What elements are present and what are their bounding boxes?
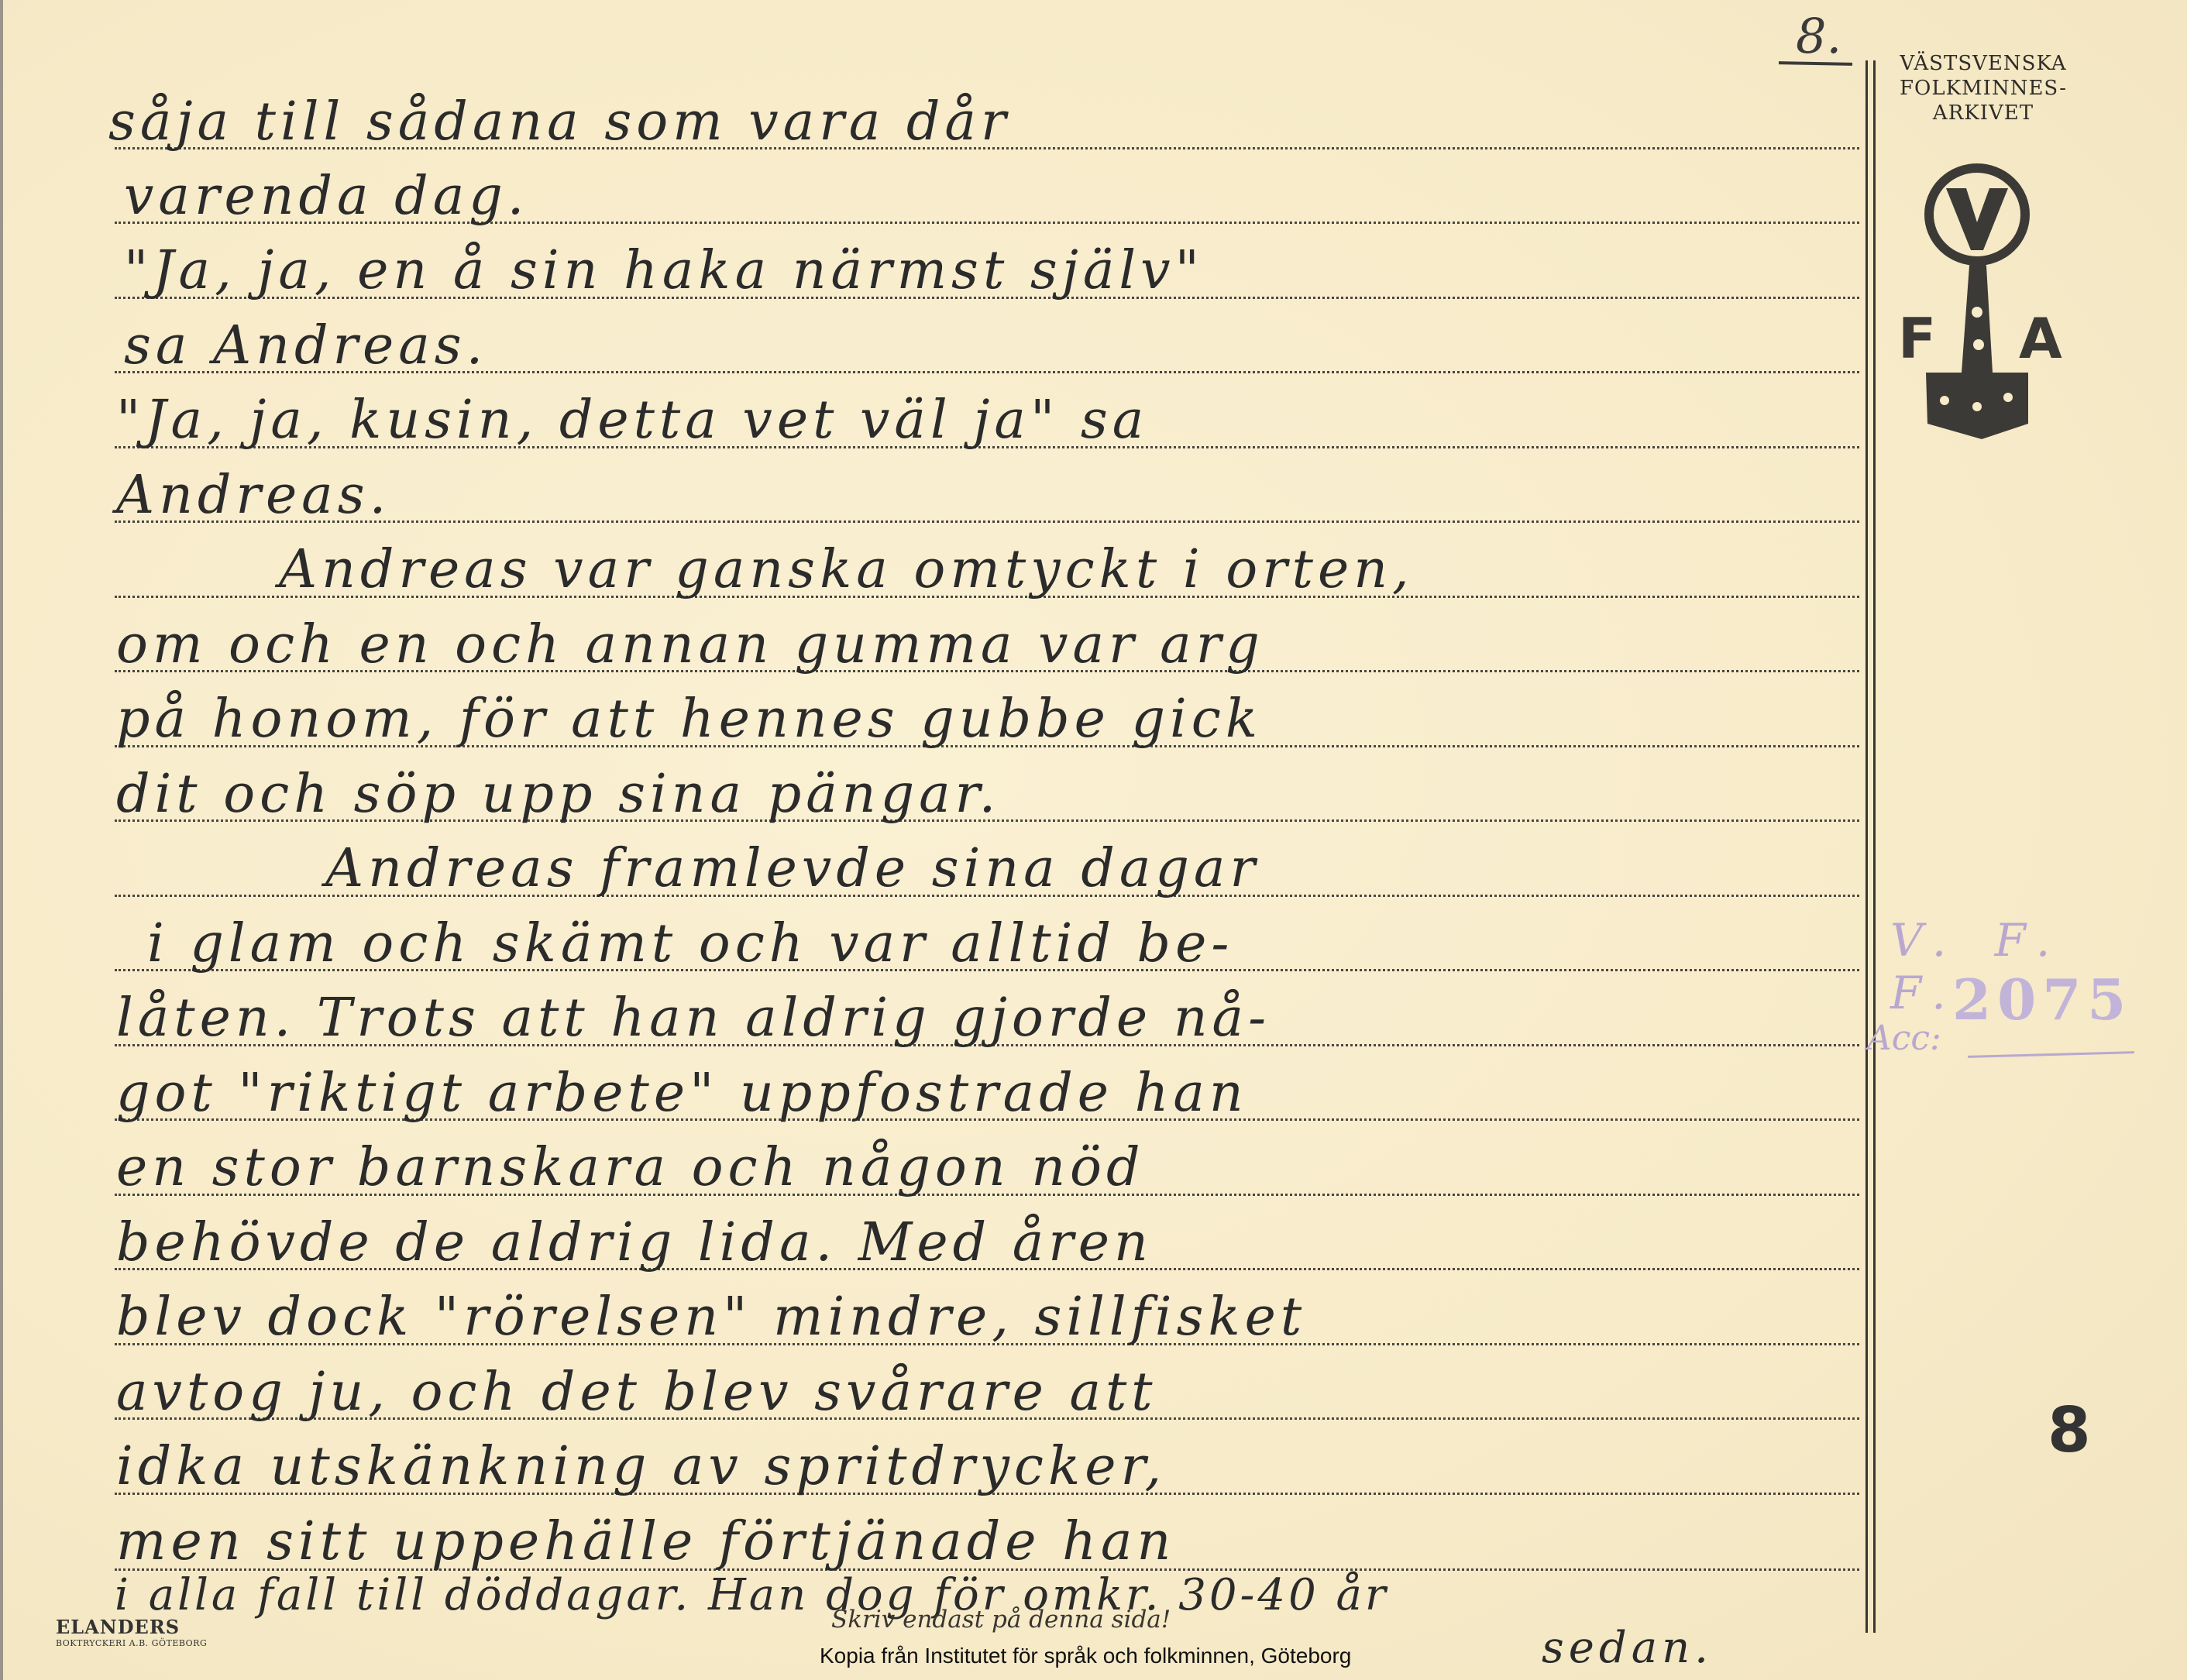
handwritten-line: men sitt uppehälle förtjänade han <box>116 1516 1175 1568</box>
archive-manuscript-page: såja till sådana som vara dår varenda da… <box>0 0 2187 1680</box>
handwritten-line: i alla fall till döddagar. Han dog för o… <box>115 1574 1389 1617</box>
logo-letter-a: A <box>2019 306 2062 371</box>
handwritten-line: got "riktigt arbete" uppfostrade han <box>116 1067 1248 1120</box>
archive-header-line: FOLKMINNES- <box>1890 76 2076 101</box>
handwritten-line: Andreas var ganska omtyckt i orten, <box>279 544 1414 596</box>
handwritten-line: sa Andreas. <box>124 320 487 373</box>
handwritten-line: en stor barnskara och någon nöd <box>116 1142 1145 1194</box>
accession-stamp: V. F. F. 2075 Acc: <box>1867 914 2123 1069</box>
accession-number: 2075 <box>1952 967 2132 1032</box>
archive-header-line: VÄSTSVENSKA <box>1890 51 2076 76</box>
printer-subtitle: BOKTRYCKERI A.B. GÖTEBORG <box>56 1638 207 1648</box>
vfa-hammer-logo-icon: F A <box>1890 151 2076 461</box>
page-number-underline <box>1779 61 1852 66</box>
handwritten-line: låten. Trots att han aldrig gjorde nå- <box>116 992 1271 1045</box>
handwritten-line: på honom, för att hennes gubbe gick <box>116 693 1262 746</box>
handwritten-line: idka utskänkning av spritdrycker, <box>116 1441 1166 1493</box>
handwritten-line: såja till sådana som vara dår <box>108 96 1010 149</box>
handwritten-line: i glam och skämt och var alltid be- <box>147 918 1233 971</box>
scan-edge <box>0 0 3 1680</box>
handwritten-line: om och en och annan gumma var arg <box>116 619 1264 672</box>
handwritten-line: sedan. <box>1542 1627 1713 1670</box>
handwritten-line: Andreas framlevde sina dagar <box>325 843 1260 895</box>
handwritten-line: varenda dag. <box>124 170 528 223</box>
handwritten-line: avtog ju, och det blev svårare att <box>116 1366 1157 1419</box>
archive-header: VÄSTSVENSKA FOLKMINNES- ARKIVET <box>1890 51 2076 125</box>
printed-page-number: 8 <box>2048 1394 2091 1466</box>
printer-name: ELANDERS <box>56 1616 207 1638</box>
copy-notice: Kopia från Institutet för språk och folk… <box>820 1644 1351 1668</box>
handwritten-line: "Ja, ja, en å sin haka närmst själv" <box>124 245 1204 297</box>
printer-mark: ELANDERS BOKTRYCKERI A.B. GÖTEBORG <box>56 1616 207 1648</box>
handwritten-line: "Ja, ja, kusin, detta vet väl ja" sa <box>116 394 1148 447</box>
margin-rule <box>1873 60 1876 1633</box>
handwritten-line: Andreas. <box>116 469 390 522</box>
accession-underline <box>1968 1051 2134 1058</box>
handwritten-page-number: 8. <box>1796 8 1841 64</box>
handwritten-line: blev dock "rörelsen" mindre, sillfisket <box>116 1291 1306 1344</box>
handwritten-line: dit och söp upp sina pängar. <box>116 768 1000 821</box>
handwritten-line: behövde de aldrig lida. Med åren <box>116 1217 1153 1269</box>
accession-label: Acc: <box>1867 1019 1941 1058</box>
archive-header-line: ARKIVET <box>1890 101 2076 125</box>
margin-rule <box>1865 60 1868 1633</box>
logo-letter-f: F <box>1898 306 1936 371</box>
form-instruction: Skriv endast på denna sida! <box>831 1606 1171 1634</box>
